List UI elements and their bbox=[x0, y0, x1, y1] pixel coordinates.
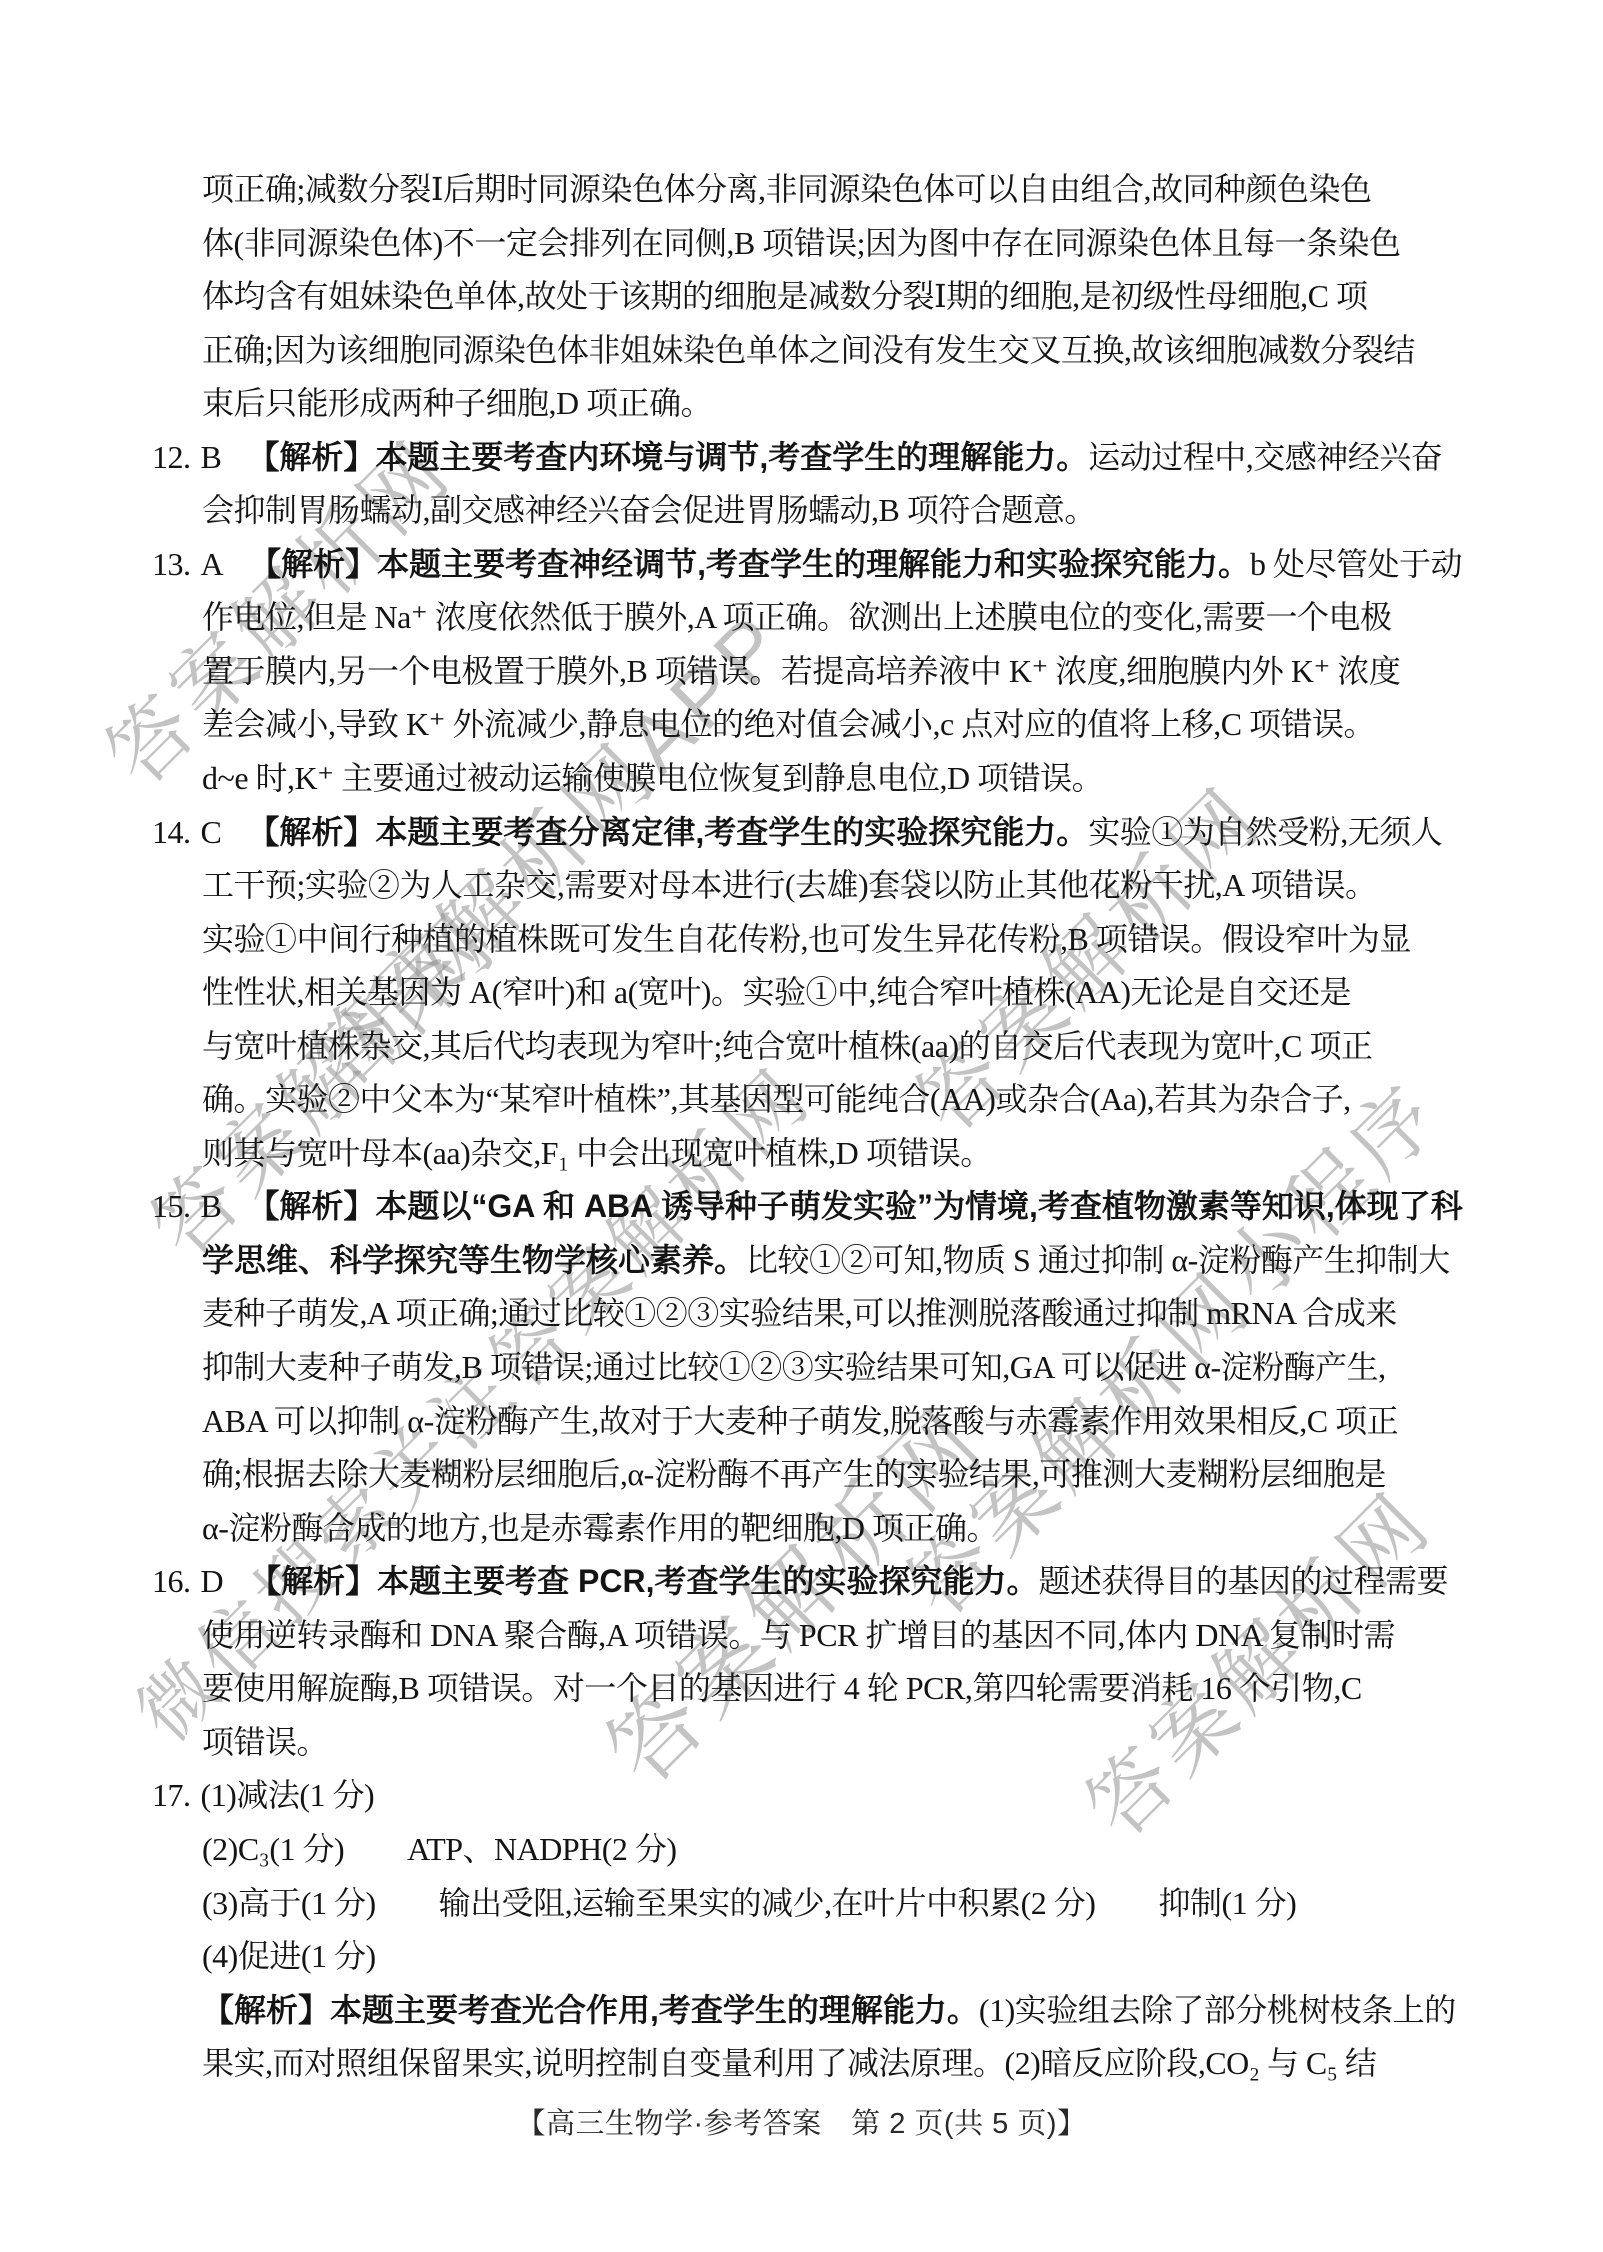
line-text: 确。实验②中父本为“某窄叶植株”,其基因型可能纯合(AA)或杂合(Aa),若其为… bbox=[202, 1081, 1351, 1117]
line-text: d~e 时,K⁺ 主要通过被动运输使膜电位恢复到静息电位,D 项错误。 bbox=[202, 760, 1103, 796]
text-line: 确。实验②中父本为“某窄叶植株”,其基因型可能纯合(AA)或杂合(Aa),若其为… bbox=[0, 1073, 1603, 1127]
text-line: 束后只能形成两种子细胞,D 项正确。 bbox=[0, 377, 1603, 431]
text-line: α-淀粉酶合成的地方,也是赤霉素作用的靶细胞,D 项正确。 bbox=[0, 1502, 1603, 1556]
line-text: 实验①中间行种植的植株既可发生自花传粉,也可发生异花传粉,B 项错误。假设窄叶为… bbox=[202, 921, 1411, 957]
text-line: 体均含有姐妹染色单体,故处于该期的细胞是减数分裂Ⅰ期的细胞,是初级性母细胞,C … bbox=[0, 270, 1603, 324]
answer-letter: D bbox=[201, 1563, 224, 1599]
text-line: 会抑制胃肠蠕动,副交感神经兴奋会促进胃肠蠕动,B 项符合题意。 bbox=[0, 484, 1603, 538]
text-line: 正确;因为该细胞同源染色体非姐妹染色单体之间没有发生交叉互换,故该细胞减数分裂结 bbox=[0, 324, 1603, 378]
text-line: 与宽叶植株杂交,其后代均表现为窄叶;纯合宽叶植株(aa)的自交后代表现为宽叶,C… bbox=[0, 1020, 1603, 1074]
line-text: (1)实验组去除了部分桃树枝条上的 bbox=[979, 1992, 1456, 2028]
text-line: 要使用解旋酶,B 项错误。对一个目的基因进行 4 轮 PCR,第四轮需要消耗 1… bbox=[0, 1662, 1603, 1716]
text-line: 麦种子萌发,A 项正确;通过比较①②③实验结果,可以推测脱落酸通过抑制 mRNA… bbox=[0, 1287, 1603, 1341]
text-line: 确;根据去除大麦糊粉层细胞后,α-淀粉酶不再产生的实验结果,可推测大麦糊粉层细胞… bbox=[0, 1448, 1603, 1502]
text-line: d~e 时,K⁺ 主要通过被动运输使膜电位恢复到静息电位,D 项错误。 bbox=[0, 752, 1603, 806]
text-line: 项正确;减数分裂Ⅰ后期时同源染色体分离,非同源染色体可以自由组合,故同种颜色染色 bbox=[0, 163, 1603, 217]
item-number: 13. bbox=[152, 546, 191, 582]
line-text: 题述获得目的基因的过程需要 bbox=[1038, 1563, 1448, 1599]
text-line: ABA 可以抑制 α-淀粉酶产生,故对于大麦种子萌发,脱落酸与赤霉素作用效果相反… bbox=[0, 1395, 1603, 1449]
answer-letter: C bbox=[201, 814, 222, 850]
line-text: 实验①为自然受粉,无须人 bbox=[1088, 814, 1442, 850]
answer-letter: B bbox=[201, 439, 222, 475]
text-line: 抑制大麦种子萌发,B 项错误;通过比较①②③实验结果可知,GA 可以促进 α-淀… bbox=[0, 1341, 1603, 1395]
line-text: (4)促进(1 分) bbox=[202, 1938, 376, 1974]
text-line: 差会减小,导致 K⁺ 外流减少,静息电位的绝对值会减小,c 点对应的值将上移,C… bbox=[0, 698, 1603, 752]
explanation-bold-text: 【解析】本题主要考查 PCR,考查学生的实验探究能力。 bbox=[249, 1563, 1038, 1599]
answer-letter: B bbox=[201, 1188, 222, 1224]
item-number: 12. bbox=[152, 439, 191, 475]
text-line: 置于膜内,另一个电极置于膜外,B 项错误。若提高培养液中 K⁺ 浓度,细胞膜内外… bbox=[0, 645, 1603, 699]
line-text: 要使用解旋酶,B 项错误。对一个目的基因进行 4 轮 PCR,第四轮需要消耗 1… bbox=[202, 1670, 1362, 1706]
line-text: 项正确;减数分裂Ⅰ后期时同源染色体分离,非同源染色体可以自由组合,故同种颜色染色 bbox=[202, 171, 1372, 207]
line-text: 工干预;实验②为人工杂交,需要对母本进行(去雄)套袋以防止其他花粉干扰,A 项错… bbox=[202, 867, 1377, 903]
line-text: 麦种子萌发,A 项正确;通过比较①②③实验结果,可以推测脱落酸通过抑制 mRNA… bbox=[202, 1295, 1397, 1331]
line-text: 束后只能形成两种子细胞,D 项正确。 bbox=[202, 385, 712, 421]
item-number: 14. bbox=[152, 814, 191, 850]
explanation-bold-text: 【解析】本题主要考查光合作用,考查学生的理解能力。 bbox=[202, 1992, 979, 2028]
item-number: 16. bbox=[152, 1563, 191, 1599]
explanation-bold-text: 学思维、科学探究等生物学核心素养。 bbox=[202, 1242, 746, 1278]
text-line: 14.C【解析】本题主要考查分离定律,考查学生的实验探究能力。实验①为自然受粉,… bbox=[0, 806, 1603, 860]
line-text: 体(非同源染色体)不一定会排列在同侧,B 项错误;因为图中存在同源染色体且每一条… bbox=[202, 225, 1401, 261]
text-line: (3)高于(1 分) 输出受阻,运输至果实的减少,在叶片中积累(2 分) 抑制(… bbox=[0, 1877, 1603, 1931]
answer-key-text: 项正确;减数分裂Ⅰ后期时同源染色体分离,非同源染色体可以自由组合,故同种颜色染色… bbox=[0, 163, 1603, 2091]
text-line: 16.D【解析】本题主要考查 PCR,考查学生的实验探究能力。题述获得目的基因的… bbox=[0, 1555, 1603, 1609]
line-text: 比较①②可知,物质 S 通过抑制 α-淀粉酶产生抑制大 bbox=[746, 1242, 1450, 1278]
text-line: 学思维、科学探究等生物学核心素养。比较①②可知,物质 S 通过抑制 α-淀粉酶产… bbox=[0, 1234, 1603, 1288]
line-text: 抑制大麦种子萌发,B 项错误;通过比较①②③实验结果可知,GA 可以促进 α-淀… bbox=[202, 1349, 1386, 1385]
line-text: 会抑制胃肠蠕动,副交感神经兴奋会促进胃肠蠕动,B 项符合题意。 bbox=[202, 492, 1096, 528]
text-line: 17.(1)减法(1 分) bbox=[0, 1769, 1603, 1823]
line-text: 置于膜内,另一个电极置于膜外,B 项错误。若提高培养液中 K⁺ 浓度,细胞膜内外… bbox=[202, 653, 1400, 689]
line-text: 体均含有姐妹染色单体,故处于该期的细胞是减数分裂Ⅰ期的细胞,是初级性母细胞,C … bbox=[202, 278, 1368, 314]
line-text: 确;根据去除大麦糊粉层细胞后,α-淀粉酶不再产生的实验结果,可推测大麦糊粉层细胞… bbox=[202, 1456, 1386, 1492]
text-line: 则其与宽叶母本(aa)杂交,F₁ 中会出现宽叶植株,D 项错误。 bbox=[0, 1127, 1603, 1181]
line-text: 项错误。 bbox=[202, 1724, 328, 1760]
line-text: 则其与宽叶母本(aa)杂交,F₁ 中会出现宽叶植株,D 项错误。 bbox=[202, 1135, 992, 1171]
text-line: 15.B【解析】本题以“GA 和 ABA 诱导种子萌发实验”为情境,考查植物激素… bbox=[0, 1180, 1603, 1234]
text-line: 工干预;实验②为人工杂交,需要对母本进行(去雄)套袋以防止其他花粉干扰,A 项错… bbox=[0, 859, 1603, 913]
explanation-bold-text: 【解析】本题主要考查神经调节,考查学生的理解能力和实验探究能力。 bbox=[249, 546, 1250, 582]
line-text: α-淀粉酶合成的地方,也是赤霉素作用的靶细胞,D 项正确。 bbox=[202, 1510, 998, 1546]
item-number: 17. bbox=[152, 1777, 191, 1813]
line-text: 差会减小,导致 K⁺ 外流减少,静息电位的绝对值会减小,c 点对应的值将上移,C… bbox=[202, 706, 1375, 742]
line-text: ABA 可以抑制 α-淀粉酶产生,故对于大麦种子萌发,脱落酸与赤霉素作用效果相反… bbox=[202, 1403, 1398, 1439]
line-text: 运动过程中,交感神经兴奋 bbox=[1088, 439, 1442, 475]
line-text: (1)减法(1 分) bbox=[201, 1777, 375, 1813]
explanation-bold-text: 【解析】本题主要考查分离定律,考查学生的实验探究能力。 bbox=[247, 814, 1088, 850]
text-line: 【解析】本题主要考查光合作用,考查学生的理解能力。(1)实验组去除了部分桃树枝条… bbox=[0, 1984, 1603, 2038]
line-text: 正确;因为该细胞同源染色体非姐妹染色单体之间没有发生交叉互换,故该细胞减数分裂结 bbox=[202, 332, 1415, 368]
line-text: (3)高于(1 分) 输出受阻,运输至果实的减少,在叶片中积累(2 分) 抑制(… bbox=[202, 1885, 1296, 1921]
line-text: 与宽叶植株杂交,其后代均表现为窄叶;纯合宽叶植株(aa)的自交后代表现为宽叶,C… bbox=[202, 1028, 1372, 1064]
text-line: 体(非同源染色体)不一定会排列在同侧,B 项错误;因为图中存在同源染色体且每一条… bbox=[0, 217, 1603, 271]
page-footer: 【高三生物学·参考答案 第 2 页(共 5 页)】 bbox=[0, 2097, 1603, 2151]
text-line: (2)C₃(1 分) ATP、NADPH(2 分) bbox=[0, 1823, 1603, 1877]
text-line: 12.B【解析】本题主要考查内环境与调节,考查学生的理解能力。运动过程中,交感神… bbox=[0, 431, 1603, 485]
line-text: 使用逆转录酶和 DNA 聚合酶,A 项错误。与 PCR 扩增目的基因不同,体内 … bbox=[202, 1617, 1395, 1653]
answer-letter: A bbox=[201, 546, 224, 582]
text-line: 实验①中间行种植的植株既可发生自花传粉,也可发生异花传粉,B 项错误。假设窄叶为… bbox=[0, 913, 1603, 967]
line-text: 果实,而对照组保留果实,说明控制自变量利用了减法原理。(2)暗反应阶段,CO₂ … bbox=[202, 2045, 1376, 2081]
exam-answer-key-page: 答案解析网答案解析网APP答案解析网答案解析网微信搜索关注答案解析网答案解析网小… bbox=[0, 0, 1603, 2252]
line-text: 作电位,但是 Na⁺ 浓度依然低于膜外,A 项正确。欲测出上述膜电位的变化,需要… bbox=[202, 599, 1392, 635]
text-line: (4)促进(1 分) bbox=[0, 1930, 1603, 1984]
line-text: 性性状,相关基因为 A(窄叶)和 a(宽叶)。实验①中,纯合窄叶植株(AA)无论… bbox=[202, 974, 1351, 1010]
line-text: (2)C₃(1 分) ATP、NADPH(2 分) bbox=[202, 1831, 677, 1867]
text-line: 项错误。 bbox=[0, 1716, 1603, 1770]
text-line: 性性状,相关基因为 A(窄叶)和 a(宽叶)。实验①中,纯合窄叶植株(AA)无论… bbox=[0, 966, 1603, 1020]
explanation-bold-text: 【解析】本题以“GA 和 ABA 诱导种子萌发实验”为情境,考查植物激素等知识,… bbox=[247, 1188, 1462, 1224]
line-text: b 处尽管处于动 bbox=[1250, 546, 1462, 582]
explanation-bold-text: 【解析】本题主要考查内环境与调节,考查学生的理解能力。 bbox=[247, 439, 1088, 475]
item-number: 15. bbox=[152, 1188, 191, 1224]
text-line: 13.A【解析】本题主要考查神经调节,考查学生的理解能力和实验探究能力。b 处尽… bbox=[0, 538, 1603, 592]
text-line: 果实,而对照组保留果实,说明控制自变量利用了减法原理。(2)暗反应阶段,CO₂ … bbox=[0, 2037, 1603, 2091]
text-line: 使用逆转录酶和 DNA 聚合酶,A 项错误。与 PCR 扩增目的基因不同,体内 … bbox=[0, 1609, 1603, 1663]
text-line: 作电位,但是 Na⁺ 浓度依然低于膜外,A 项正确。欲测出上述膜电位的变化,需要… bbox=[0, 591, 1603, 645]
